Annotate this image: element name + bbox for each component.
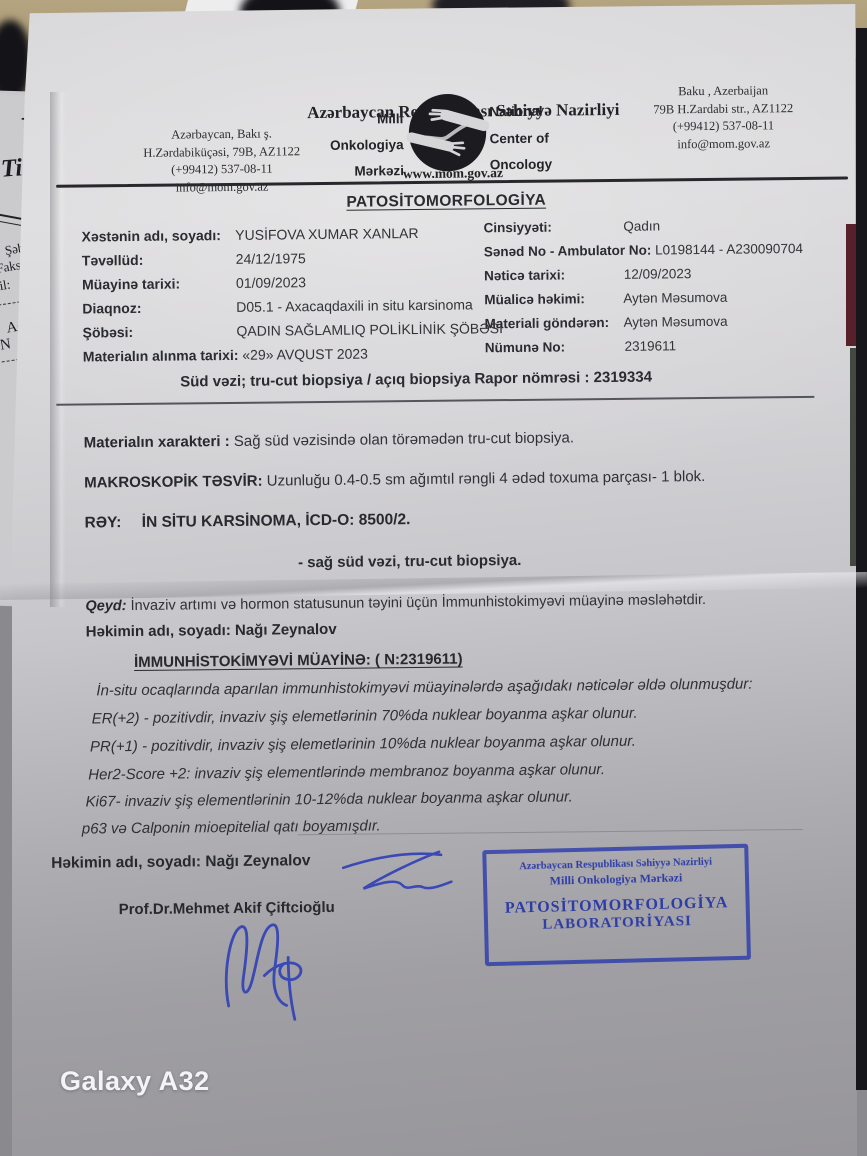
doctor-name-line: Həkimin adı, soyadı: Nağı Zeynalov [86,621,337,641]
ihc-result-line: İn-situ ocaqlarında aparılan immunhistok… [96,676,752,700]
field-value: QADIN SAĞLAMLIQ POLİKLİNİK ŞÖBƏSİ [236,320,503,339]
field-label: Materialın alınma tarixi: [83,347,239,365]
address-line: Baku , Azerbaijan [623,82,823,102]
material-value: Sağ süd vəzisində olan törəmədən tru-cut… [234,429,574,450]
document-content: Azərbaycan Respublikası Səhiyyə Nazirliy… [0,0,867,1156]
field-value: «29» AVQUST 2023 [242,346,368,363]
note-line: Qeyd: İnvaziv artımı və hormon statusunu… [85,592,706,614]
patient-field-row: Diaqnoz: D05.1 - Axacaqdaxili in situ ka… [82,296,473,316]
conclusion-label: RƏY: [85,514,122,531]
patient-field-row: Materiali göndərən: Aytən Məsumova [484,314,727,332]
field-label: Diaqnoz: [82,299,232,317]
patient-field-row: Təvəllüd: 24/12/1975 [82,250,306,268]
field-value: L0198144 - A230090704 [655,241,803,258]
conclusion-line: RƏY: İN SİTU KARSİNOMA, İCD-O: 8500/2. [85,511,411,532]
logo-text: Center of [489,125,589,153]
field-value: 2319611 [624,338,676,354]
patient-field-row: Xəstənin adı, soyadı: YUSİFOVA XUMAR XAN… [82,225,419,245]
logo-text: Milli [317,106,403,133]
material-label: Materialın xarakteri : [84,433,230,452]
material-line: Materialın xarakteri : Sağ süd vəzisində… [84,429,574,451]
note-label: Qeyd: [85,598,126,614]
patient-field-row: Müalicə həkimi: Aytən Məsumova [484,290,727,308]
field-label: Müayinə tarixi: [82,275,232,293]
field-label: Şöbəsi: [83,323,233,341]
field-value: Qadın [623,218,660,233]
laboratory-stamp: Azərbaycan Respublikası Səhiyyə Nazirliy… [482,844,751,966]
field-label: Materiali göndərən: [484,315,620,331]
field-value: Aytən Məsumova [623,314,727,330]
photo-of-pathology-report: Y Ti Şəb. Faks ail: Ad N Azərbaycan Resp… [0,0,867,1156]
signature-ciftcioglu [214,913,330,1031]
field-value: 24/12/1975 [236,250,306,267]
patient-field-row: Materialın alınma tarixi: «29» AVQUST 20… [83,346,368,365]
ihc-result-line: Ki67- invaziv şiş elementlərinin 10-12%d… [85,788,572,810]
specimen-heading: Süd vəzi; tru-cut biopsiya / açıq biopsi… [126,368,706,391]
logo-text: Onkologiya [318,132,404,159]
field-value: D05.1 - Axacaqdaxili in situ karsinoma [236,296,473,314]
field-label: Müalicə həkimi: [484,291,620,307]
field-value: Aytən Məsumova [623,290,727,306]
field-label: Cinsiyyəti: [483,219,619,235]
camera-watermark: Galaxy A32 [60,1066,210,1097]
field-label: Nəticə tarixi: [484,267,620,283]
patient-field-row: Cinsiyyəti: Qadın [483,218,660,235]
patient-field-row: Müayinə tarixi: 01/09/2023 [82,274,306,292]
ihc-result-line: ER(+2) - pozitivdir, invaziv şiş elemetl… [92,705,638,728]
field-value: 01/09/2023 [236,274,306,291]
field-label: Xəstənin adı, soyadı: [82,227,232,245]
signature-zeynalov [339,843,470,907]
conclusion-value: İN SİTU KARSİNOMA, İCD-O: 8500/2. [142,511,411,531]
patient-field-row: Şöbəsi: QADIN SAĞLAMLIQ POLİKLİNİK ŞÖBƏS… [83,320,504,340]
conclusion-subline: - sağ süd vəzi, tru-cut biopsiya. [298,552,522,571]
patient-field-row: Nəticə tarixi: 12/09/2023 [484,266,691,283]
field-label: Təvəllüd: [82,251,232,269]
address-line: (+99412) 537-08-11 [623,117,823,137]
address-line: 79B H.Zardabi str., AZ1122 [623,99,823,119]
address-block-en: Baku , Azerbaijan 79B H.Zardabi str., AZ… [623,82,824,154]
doctor-name-line: Həkimin adı, soyadı: Nağı Zeynalov [51,852,310,873]
field-label: Sənəd No - Ambulator No: [484,243,652,260]
field-value: 12/09/2023 [624,266,692,282]
field-label: Nümunə No: [485,339,621,355]
note-value: İnvaziv artımı və hormon statusunun təyi… [131,592,707,614]
section-divider [56,396,814,406]
ihc-heading: İMMUNHİSTOKİMYƏVİ MÜAYİNƏ: ( N:2319611) [134,651,463,671]
ihc-result-line: Her2-Score +2: invaziv şiş elementlərind… [88,761,605,783]
macroscopic-value: Uzunluğu 0.4-0.5 sm ağımtıl rəngli 4 ədə… [267,468,706,490]
logo-text: National [489,98,589,126]
report-title: PATOSİTOMORFOLOGİYA [246,191,646,213]
patient-field-row: Nümunə No: 2319611 [485,338,676,355]
ihc-result-line: PR(+1) - pozitivdir, invaziv şiş elemetl… [90,733,636,756]
patient-field-row: Sənəd No - Ambulator No: L0198144 - A230… [484,241,803,259]
field-value: YUSİFOVA XUMAR XANLAR [235,225,419,243]
macroscopic-line: MAKROSKOPİK TƏSVİR: Uzunluğu 0.4-0.5 sm … [84,468,705,492]
macroscopic-label: MAKROSKOPİK TƏSVİR: [84,473,263,492]
address-line: info@mom.gov.az [624,134,824,154]
